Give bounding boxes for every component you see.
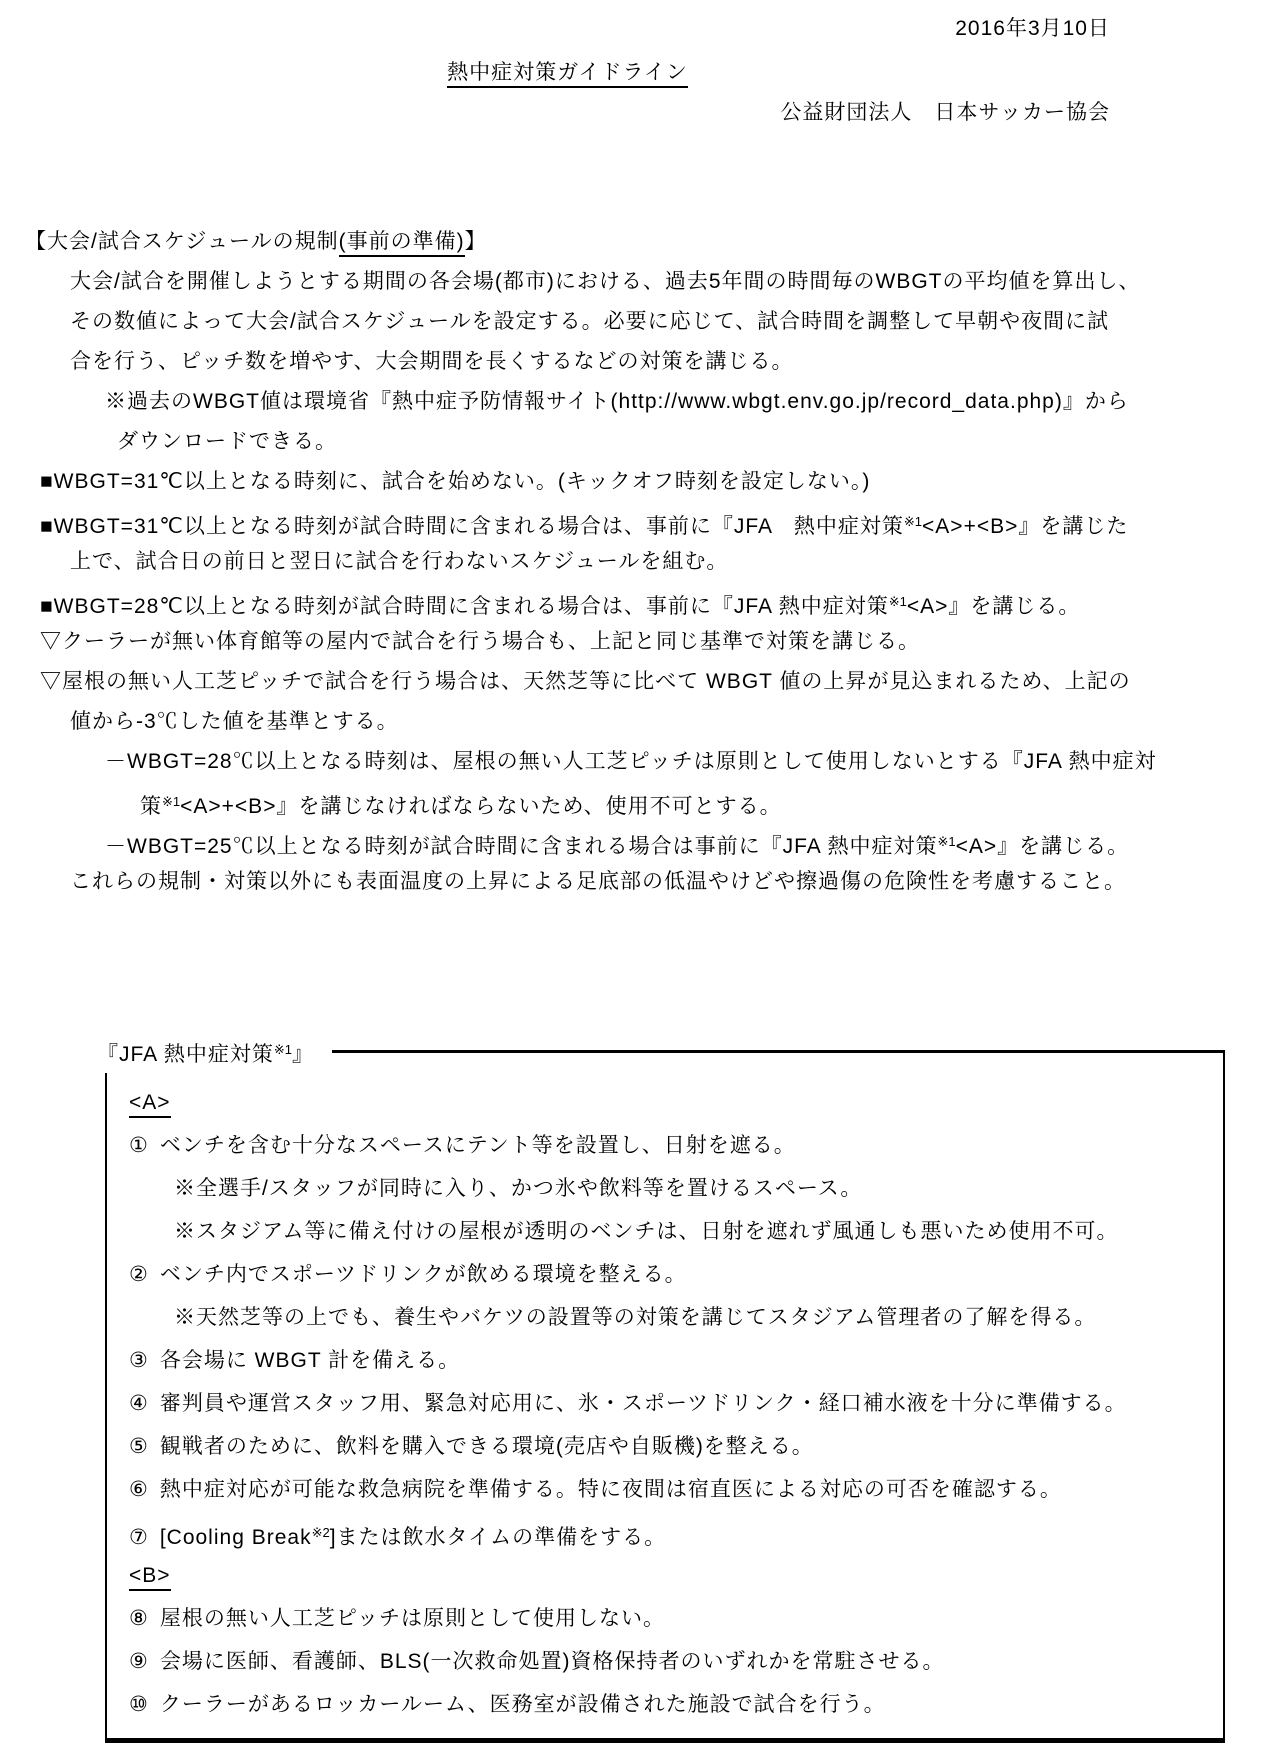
document-date: 2016年3月10日 bbox=[25, 16, 1110, 42]
text-segment: 【大会/試合スケジュールの規制 bbox=[25, 230, 339, 253]
item-number: ⑦ bbox=[129, 1526, 149, 1549]
body-text: 大会/試合を開催しようとする期間の各会場(都市)における、過去5年間の時間毎のW… bbox=[25, 262, 1280, 902]
body-line: ※過去のWBGT値は環境省『熱中症予防情報サイト(http://www.wbgt… bbox=[25, 382, 1280, 422]
body-line: ▽屋根の無い人工芝ピッチで試合を行う場合は、天然芝等に比べて WBGT 値の上昇… bbox=[25, 662, 1280, 702]
text-segment: ベンチを含む十分なスペースにテント等を設置し、日射を遮る。 bbox=[160, 1134, 796, 1157]
section-header: 【大会/試合スケジュールの規制(事前の準備)】 bbox=[25, 222, 1280, 262]
text-segment: ■WBGT=31℃以上となる時刻に、試合を始めない。(キックオフ時刻を設定しない… bbox=[40, 470, 870, 493]
section-header-text: 【大会/試合スケジュールの規制(事前の準備)】 bbox=[25, 230, 487, 257]
text-segment: ※スタジアム等に備え付けの屋根が透明のベンチは、日射を遮れず風通しも悪いため使用… bbox=[174, 1220, 1119, 1243]
text-segment: 会場に医師、看護師、BLS(一次救命処置)資格保持者のいずれかを常駐させる。 bbox=[160, 1650, 945, 1673]
footnote-marker: ※1 bbox=[937, 834, 955, 849]
box-line: ⑩クーラーがあるロッカールーム、医務室が設備された施設で試合を行う。 bbox=[127, 1683, 1223, 1726]
text-segment: <B> bbox=[129, 1564, 171, 1591]
jfa-countermeasure-box-label: 『JFA 熱中症対策※1』 bbox=[95, 1032, 332, 1073]
text-segment: 策 bbox=[140, 795, 162, 818]
box-line: ④審判員や運営スタッフ用、緊急対応用に、氷・スポーツドリンク・経口補水液を十分に… bbox=[127, 1382, 1223, 1425]
text-segment: ■WBGT=28℃以上となる時刻が試合時間に含まれる場合は、事前に『JFA 熱中… bbox=[40, 595, 889, 618]
text-segment: ※過去のWBGT値は環境省『熱中症予防情報サイト(http://www.wbgt… bbox=[105, 390, 1129, 413]
text-segment: <A>+<B>』を講じた bbox=[922, 515, 1128, 538]
box-line: <A> bbox=[127, 1081, 1223, 1124]
box-line: ⑧屋根の無い人工芝ピッチは原則として使用しない。 bbox=[127, 1597, 1223, 1640]
footnote-marker: ※1 bbox=[904, 514, 922, 529]
text-segment: ■WBGT=31℃以上となる時刻が試合時間に含まれる場合は、事前に『JFA 熱中… bbox=[40, 515, 904, 538]
body-line: その数値によって大会/試合スケジュールを設定する。必要に応じて、試合時間を調整し… bbox=[25, 302, 1280, 342]
box-line: ※天然芝等の上でも、養生やバケツの設置等の対策を講じてスタジアム管理者の了解を得… bbox=[127, 1296, 1223, 1339]
item-number: ③ bbox=[129, 1349, 149, 1372]
body-line: －WBGT=28℃以上となる時刻は、屋根の無い人工芝ピッチは原則として使用しない… bbox=[25, 742, 1280, 782]
text-segment: (事前の準備) bbox=[339, 230, 465, 257]
text-segment: ダウンロードできる。 bbox=[117, 430, 337, 453]
jfa-countermeasure-list: <A>①ベンチを含む十分なスペースにテント等を設置し、日射を遮る。※全選手/スタ… bbox=[127, 1081, 1223, 1726]
text-segment: 熱中症対策ガイドライン bbox=[447, 61, 688, 88]
body-line: 上で、試合日の前日と翌日に試合を行わないスケジュールを組む。 bbox=[25, 542, 1280, 582]
text-segment: ▽クーラーが無い体育館等の屋内で試合を行う場合も、上記と同じ基準で対策を講じる。 bbox=[40, 630, 920, 653]
text-segment: －WBGT=28℃以上となる時刻は、屋根の無い人工芝ピッチは原則として使用しない… bbox=[105, 750, 1157, 773]
footnote-marker: ※2 bbox=[312, 1525, 330, 1540]
document-title-text: 熱中症対策ガイドライン bbox=[447, 61, 688, 88]
footnote-marker: ※1 bbox=[162, 794, 180, 809]
item-number: ⑥ bbox=[129, 1478, 149, 1501]
text-segment: その数値によって大会/試合スケジュールを設定する。必要に応じて、試合時間を調整し… bbox=[70, 310, 1109, 333]
text-segment: ※全選手/スタッフが同時に入り、かつ氷や飲料等を置けるスペース。 bbox=[174, 1177, 862, 1200]
body-line: これらの規制・対策以外にも表面温度の上昇による足底部の低温やけどや擦過傷の危険性… bbox=[25, 862, 1280, 902]
text-segment: 屋根の無い人工芝ピッチは原則として使用しない。 bbox=[160, 1607, 665, 1630]
box-line: ②ベンチ内でスポーツドリンクが飲める環境を整える。 bbox=[127, 1253, 1223, 1296]
body-line: ダウンロードできる。 bbox=[25, 422, 1280, 462]
box-line: ※全選手/スタッフが同時に入り、かつ氷や飲料等を置けるスペース。 bbox=[127, 1167, 1223, 1210]
body-line: 合を行う、ピッチ数を増やす、大会期間を長くするなどの対策を講じる。 bbox=[25, 342, 1280, 382]
text-segment: ※天然芝等の上でも、養生やバケツの設置等の対策を講じてスタジアム管理者の了解を得… bbox=[174, 1306, 1096, 1329]
text-segment: <A>+<B>』を講じなければならないため、使用不可とする。 bbox=[180, 795, 782, 818]
item-number: ② bbox=[129, 1263, 149, 1286]
text-segment: －WBGT=25℃以上となる時刻が試合時間に含まれる場合は事前に『JFA 熱中症… bbox=[105, 835, 937, 858]
item-number: ⑧ bbox=[129, 1607, 149, 1630]
item-number: ⑩ bbox=[129, 1693, 149, 1716]
text-segment: [Cooling Break bbox=[160, 1526, 312, 1549]
text-segment: ▽屋根の無い人工芝ピッチで試合を行う場合は、天然芝等に比べて WBGT 値の上昇… bbox=[40, 670, 1131, 693]
body-line: ▽クーラーが無い体育館等の屋内で試合を行う場合も、上記と同じ基準で対策を講じる。 bbox=[25, 622, 1280, 662]
text-segment: 各会場に WBGT 計を備える。 bbox=[160, 1349, 460, 1372]
text-segment: 】 bbox=[465, 230, 487, 253]
body-line: ■WBGT=31℃以上となる時刻に、試合を始めない。(キックオフ時刻を設定しない… bbox=[25, 462, 1280, 502]
document-page: 2016年3月10日 熱中症対策ガイドライン 公益財団法人 日本サッカー協会 【… bbox=[0, 0, 1280, 1760]
organization-name: 公益財団法人 日本サッカー協会 bbox=[25, 100, 1110, 126]
body-line: ■WBGT=31℃以上となる時刻が試合時間に含まれる場合は、事前に『JFA 熱中… bbox=[25, 502, 1280, 542]
text-segment: 上で、試合日の前日と翌日に試合を行わないスケジュールを組む。 bbox=[70, 550, 728, 573]
item-number: ① bbox=[129, 1134, 149, 1157]
text-segment: <A> bbox=[129, 1091, 171, 1118]
text-segment: クーラーがあるロッカールーム、医務室が設備された施設で試合を行う。 bbox=[160, 1693, 886, 1716]
text-segment: 大会/試合を開催しようとする期間の各会場(都市)における、過去5年間の時間毎のW… bbox=[70, 270, 1141, 293]
box-line: ③各会場に WBGT 計を備える。 bbox=[127, 1339, 1223, 1382]
box-line: ⑦[Cooling Break※2]または飲水タイムの準備をする。 bbox=[127, 1511, 1223, 1554]
jfa-countermeasure-box: 『JFA 熱中症対策※1』 <A>①ベンチを含む十分なスペースにテント等を設置し… bbox=[105, 1050, 1225, 1743]
text-segment: これらの規制・対策以外にも表面温度の上昇による足底部の低温やけどや擦過傷の危険性… bbox=[70, 870, 1126, 893]
body-line: 値から-3℃した値を基準とする。 bbox=[25, 702, 1280, 742]
text-segment: 審判員や運営スタッフ用、緊急対応用に、氷・スポーツドリンク・経口補水液を十分に準… bbox=[160, 1392, 1127, 1415]
box-line: ⑤観戦者のために、飲料を購入できる環境(売店や自販機)を整える。 bbox=[127, 1425, 1223, 1468]
box-line: ※スタジアム等に備え付けの屋根が透明のベンチは、日射を遮れず風通しも悪いため使用… bbox=[127, 1210, 1223, 1253]
body-line: 策※1<A>+<B>』を講じなければならないため、使用不可とする。 bbox=[25, 782, 1280, 822]
body-line: －WBGT=25℃以上となる時刻が試合時間に含まれる場合は事前に『JFA 熱中症… bbox=[25, 822, 1280, 862]
text-segment: 合を行う、ピッチ数を増やす、大会期間を長くするなどの対策を講じる。 bbox=[70, 350, 793, 373]
text-segment: <A>』を講じる。 bbox=[956, 835, 1130, 858]
item-number: ⑨ bbox=[129, 1650, 149, 1673]
text-segment: ]または飲水タイムの準備をする。 bbox=[330, 1526, 666, 1549]
box-line: ⑥熱中症対応が可能な救急病院を準備する。特に夜間は宿直医による対応の可否を確認す… bbox=[127, 1468, 1223, 1511]
text-segment: ベンチ内でスポーツドリンクが飲める環境を整える。 bbox=[160, 1263, 687, 1286]
text-segment: <A>』を講じる。 bbox=[907, 595, 1081, 618]
footnote-marker: ※1 bbox=[889, 594, 907, 609]
text-segment: 『JFA 熱中症対策 bbox=[97, 1043, 274, 1066]
item-number: ④ bbox=[129, 1392, 149, 1415]
text-segment: 熱中症対応が可能な救急病院を準備する。特に夜間は宿直医による対応の可否を確認する… bbox=[160, 1478, 1062, 1501]
document-title: 熱中症対策ガイドライン bbox=[25, 58, 1110, 88]
body-line: 大会/試合を開催しようとする期間の各会場(都市)における、過去5年間の時間毎のW… bbox=[25, 262, 1280, 302]
text-segment: 観戦者のために、飲料を購入できる環境(売店や自販機)を整える。 bbox=[160, 1435, 814, 1458]
footnote-marker: ※1 bbox=[274, 1042, 292, 1057]
box-line: <B> bbox=[127, 1554, 1223, 1597]
item-number: ⑤ bbox=[129, 1435, 149, 1458]
box-line: ①ベンチを含む十分なスペースにテント等を設置し、日射を遮る。 bbox=[127, 1124, 1223, 1167]
text-segment: 値から-3℃した値を基準とする。 bbox=[70, 710, 399, 733]
text-segment: 』 bbox=[292, 1043, 314, 1066]
body-line: ■WBGT=28℃以上となる時刻が試合時間に含まれる場合は、事前に『JFA 熱中… bbox=[25, 582, 1280, 622]
box-line: ⑨会場に医師、看護師、BLS(一次救命処置)資格保持者のいずれかを常駐させる。 bbox=[127, 1640, 1223, 1683]
